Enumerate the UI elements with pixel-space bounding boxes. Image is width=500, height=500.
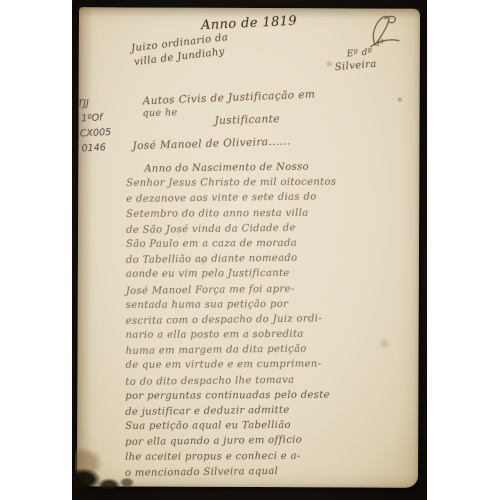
archival-code-annotation: TJJ 1ºOf CX005 0146 — [77, 94, 128, 156]
photo-backdrop: Anno de 1819 Juizo ordinario da villa de… — [72, 0, 427, 500]
manuscript-page: Anno de 1819 Juizo ordinario da villa de… — [77, 7, 420, 487]
rubric-flourish-icon — [341, 10, 405, 52]
right-note-line1: Eº dº — [346, 47, 372, 59]
right-note-superscript: aº — [375, 38, 385, 48]
title-line1: Autos Civis de Justificação em — [142, 89, 315, 108]
paper-stain — [397, 97, 403, 103]
body-line: o mencionado Silveira aqual — [125, 464, 405, 483]
title-line2: que he — [142, 107, 177, 119]
manuscript-body: Anno do Nascimento de Nosso Senhor Jesus… — [125, 161, 406, 481]
paper-left-edge-shading — [77, 7, 93, 486]
screenshot: Anno de 1819 Juizo ordinario da villa de… — [0, 0, 500, 500]
right-note-signature: Silveira — [334, 59, 377, 73]
title-line3: Justificante — [214, 113, 280, 127]
year-heading: Anno de 1819 — [201, 14, 298, 34]
paper-stain — [325, 60, 334, 67]
archival-code-line: 0146 — [79, 139, 128, 156]
title-line4: José Manoel de Oliveira...... — [132, 135, 291, 152]
